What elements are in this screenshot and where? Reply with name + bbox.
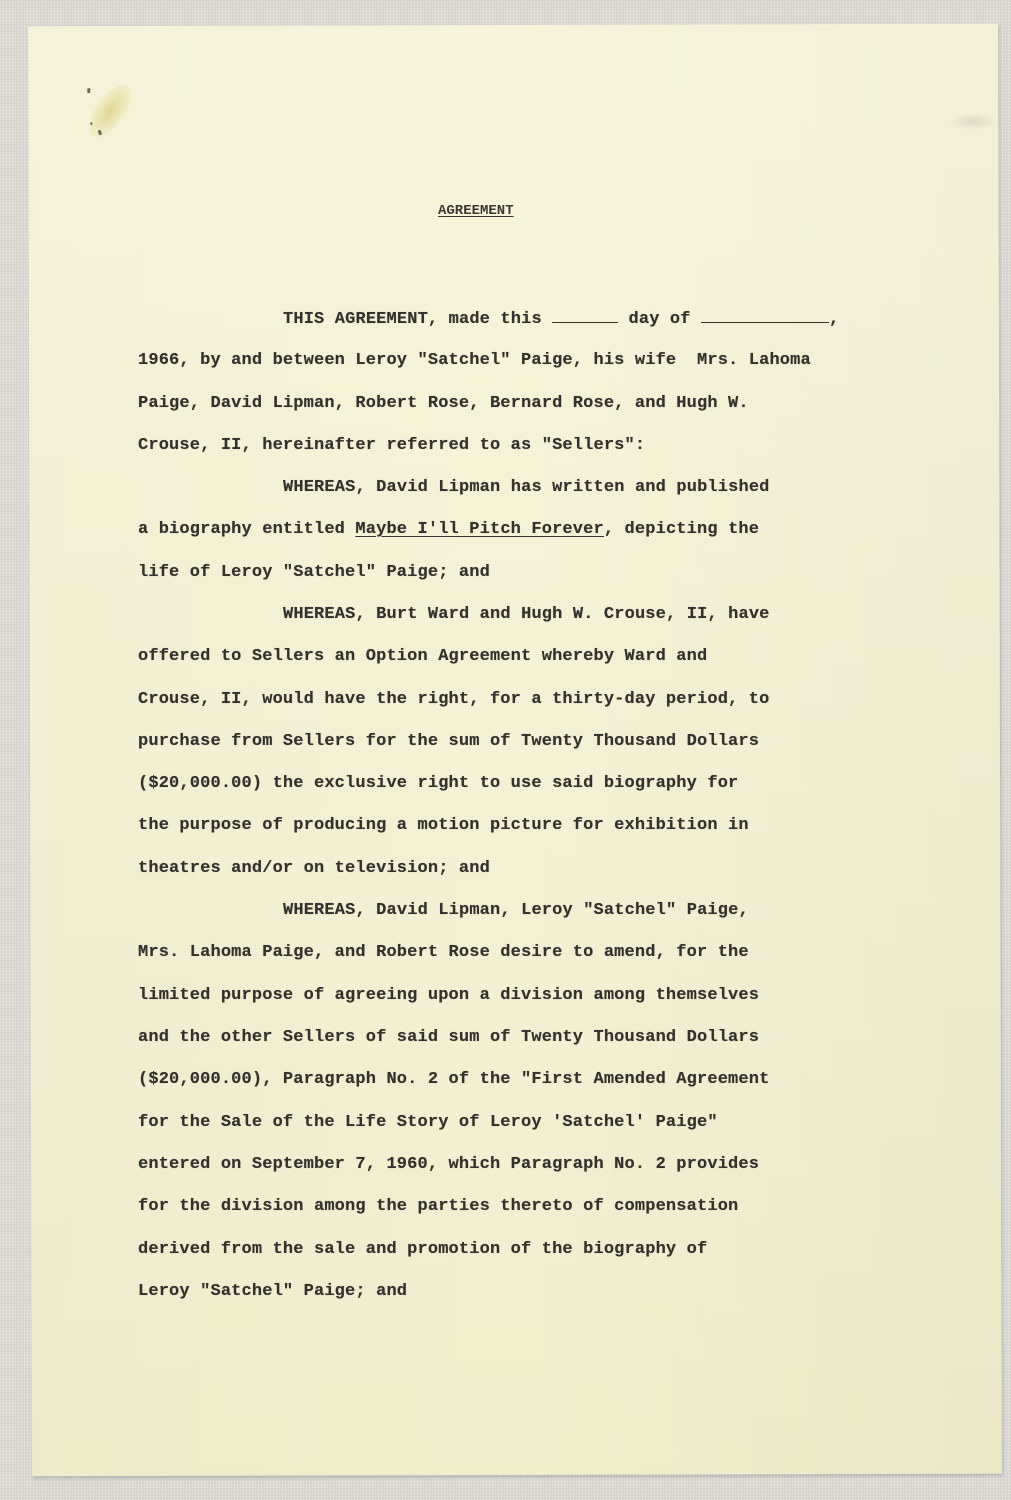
paper-speck — [90, 122, 92, 125]
text-line: ($20,000.00) the exclusive right to use … — [138, 773, 738, 795]
text-line: limited purpose of agreeing upon a divis… — [138, 985, 759, 1007]
text-segment: , depicting the — [604, 520, 759, 539]
text-line: for the division among the parties there… — [138, 1196, 738, 1218]
day-blank — [552, 308, 618, 323]
month-blank — [701, 308, 829, 323]
text-line: ($20,000.00), Paragraph No. 2 of the "Fi… — [138, 1069, 769, 1091]
paper-stain — [82, 78, 139, 143]
text-line: theatres and/or on television; and — [138, 858, 490, 880]
text-segment: a biography entitled — [138, 520, 355, 539]
text-line: offered to Sellers an Option Agreement w… — [138, 646, 707, 668]
text-line: Mrs. Lahoma Paige, and Robert Rose desir… — [138, 942, 749, 964]
document-title: AGREEMENT — [438, 203, 514, 219]
whereas-clause-1: WHEREAS, David Lipman has written and pu… — [283, 477, 770, 499]
text-line: and the other Sellers of said sum of Twe… — [138, 1027, 759, 1049]
opening-text: THIS AGREEMENT, made this — [283, 310, 552, 329]
book-title: Maybe I'll Pitch Forever — [355, 520, 603, 539]
text-line: derived from the sale and promotion of t… — [138, 1239, 707, 1261]
text-line: life of Leroy "Satchel" Paige; and — [138, 562, 490, 584]
text-line: for the Sale of the Life Story of Leroy … — [138, 1112, 718, 1134]
fold-mark — [948, 114, 998, 130]
whereas-clause-2: WHEREAS, Burt Ward and Hugh W. Crouse, I… — [283, 604, 770, 626]
whereas-clause-3: WHEREAS, David Lipman, Leroy "Satchel" P… — [283, 900, 749, 922]
text-line: the purpose of producing a motion pictur… — [138, 815, 749, 837]
text-line: 1966, by and between Leroy "Satchel" Pai… — [138, 350, 811, 372]
comma-text: , — [829, 310, 839, 329]
opening-line: THIS AGREEMENT, made this day of , — [283, 308, 839, 330]
text-line: a biography entitled Maybe I'll Pitch Fo… — [138, 519, 759, 541]
text-line: purchase from Sellers for the sum of Twe… — [138, 731, 759, 753]
paper-speck — [87, 88, 90, 93]
text-line: Paige, David Lipman, Robert Rose, Bernar… — [138, 393, 749, 415]
text-line: Crouse, II, hereinafter referred to as "… — [138, 435, 645, 457]
text-line: Crouse, II, would have the right, for a … — [138, 689, 769, 711]
text-line: Leroy "Satchel" Paige; and — [138, 1281, 407, 1303]
text-line: entered on September 7, 1960, which Para… — [138, 1154, 759, 1176]
day-of-text: day of — [618, 310, 701, 329]
